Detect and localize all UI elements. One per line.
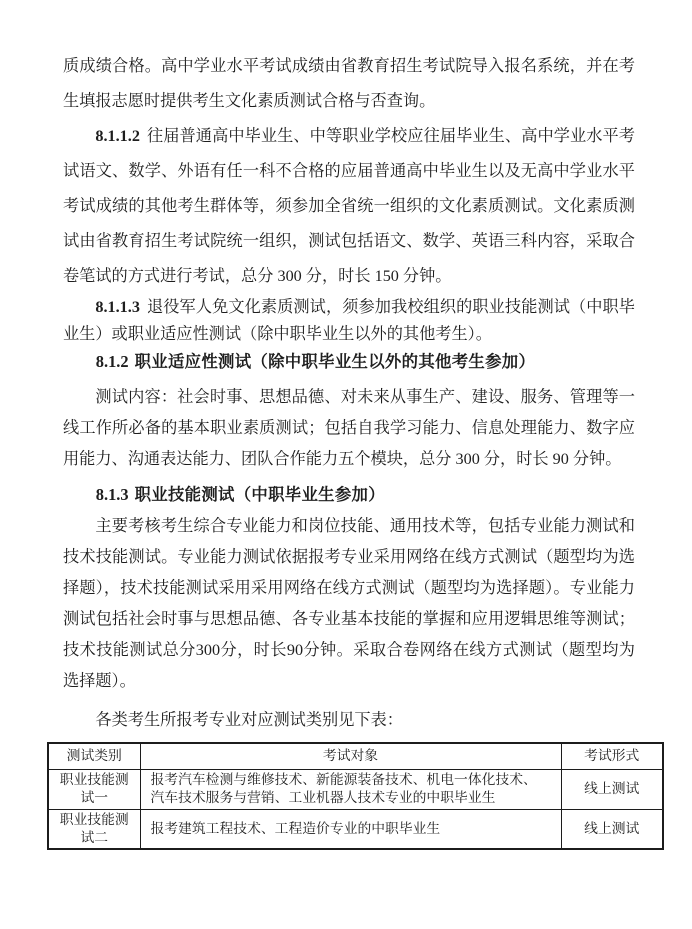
section-number: 8.1.1.2 — [95, 127, 140, 145]
table-row: 职业技能测试一 报考汽车检测与维修技术、新能源装备技术、机电一体化技术、汽车技术… — [48, 769, 663, 809]
cell-exam-format: 线上测试 — [561, 769, 663, 809]
paragraph-text: 主要考核考生综合专业能力和岗位技能、通用技术等，包括专业能力测试和技术技能测试。… — [63, 517, 635, 690]
heading-number: 8.1.3 — [96, 485, 129, 504]
paragraph-8-1-1-3: 8.1.1.3退役军人免文化素质测试，须参加我校组织的职业技能测试（中职毕业生）… — [63, 294, 635, 348]
paragraph-8-1-1-2: 8.1.1.2往届普通高中毕业生、中等职业学校应往届毕业生、高中学业水平考试语文… — [63, 119, 635, 294]
paragraph-8-1-2-body: 测试内容：社会时事、思想品德、对未来从事生产、建设、服务、管理等一线工作所必备的… — [63, 382, 635, 475]
cell-test-category: 职业技能测试一 — [48, 769, 140, 809]
table-header-row: 测试类别 考试对象 考试形式 — [48, 743, 663, 769]
paragraph-text: 退役军人免文化素质测试，须参加我校组织的职业技能测试（中职毕业生）或职业适应性测… — [63, 298, 635, 343]
paragraph-table-intro: 各类考生所报考专业对应测试类别见下表： — [63, 705, 635, 736]
section-number: 8.1.1.3 — [95, 298, 140, 316]
paragraph-8-1-3-body: 主要考核考生综合专业能力和岗位技能、通用技术等，包括专业能力测试和技术技能测试。… — [63, 511, 635, 697]
paragraph-text: 质成绩合格。高中学业水平考试成绩由省教育招生考试院导入报名系统，并在考生填报志愿… — [63, 57, 635, 110]
paragraph-text: 往届普通高中毕业生、中等职业学校应往届毕业生、高中学业水平考试语文、数学、外语有… — [63, 127, 635, 285]
table-row: 职业技能测试二 报考建筑工程技术、工程造价专业的中职毕业生 线上测试 — [48, 809, 663, 849]
cell-exam-audience: 报考汽车检测与维修技术、新能源装备技术、机电一体化技术、汽车技术服务与营销、工业… — [140, 769, 561, 809]
paragraph-continuation: 质成绩合格。高中学业水平考试成绩由省教育招生考试院导入报名系统，并在考生填报志愿… — [63, 49, 635, 119]
heading-title: 职业技能测试（中职毕业生参加） — [135, 486, 385, 504]
cell-exam-format: 线上测试 — [561, 809, 663, 849]
column-header-exam-format: 考试形式 — [561, 743, 663, 769]
heading-number: 8.1.2 — [96, 352, 129, 371]
cell-test-category: 职业技能测试二 — [48, 809, 140, 849]
document-page: 质成绩合格。高中学业水平考试成绩由省教育招生考试院导入报名系统，并在考生填报志愿… — [0, 0, 692, 929]
test-category-table: 测试类别 考试对象 考试形式 职业技能测试一 报考汽车检测与维修技术、新能源装备… — [47, 742, 664, 850]
paragraph-text: 测试内容：社会时事、思想品德、对未来从事生产、建设、服务、管理等一线工作所必备的… — [63, 388, 635, 468]
heading-title: 职业适应性测试（除中职毕业生以外的其他考生参加） — [135, 353, 536, 371]
heading-8-1-2: 8.1.2职业适应性测试（除中职毕业生以外的其他考生参加） — [63, 348, 635, 376]
column-header-test-category: 测试类别 — [48, 743, 140, 769]
paragraph-text: 各类考生所报考专业对应测试类别见下表： — [95, 711, 403, 729]
column-header-exam-audience: 考试对象 — [140, 743, 561, 769]
cell-exam-audience: 报考建筑工程技术、工程造价专业的中职毕业生 — [140, 809, 561, 849]
heading-8-1-3: 8.1.3职业技能测试（中职毕业生参加） — [63, 479, 635, 511]
